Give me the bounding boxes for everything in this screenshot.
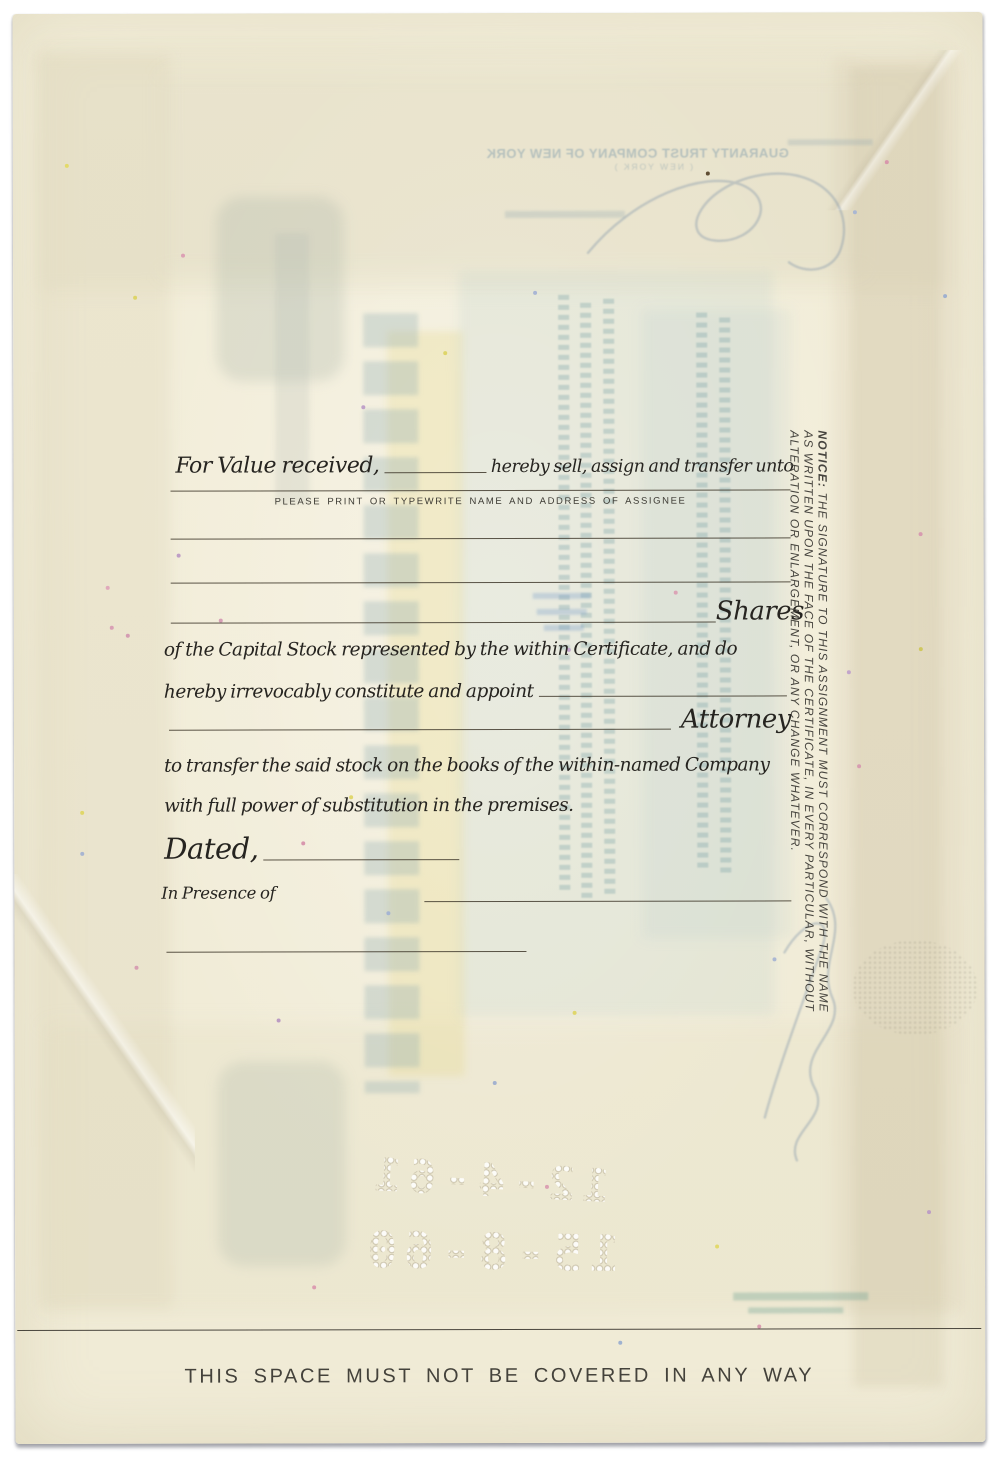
bleed-wash-yellow-band bbox=[387, 331, 465, 1076]
heading-for-value-received: For Value received, bbox=[175, 453, 379, 478]
assignee-line-2 bbox=[171, 537, 791, 539]
in-presence-of-label: In Presence of bbox=[161, 883, 275, 902]
line-constitute: hereby irrevocably constitute and appoin… bbox=[164, 681, 534, 703]
bleed-text-stripe bbox=[719, 318, 731, 878]
bleed-through-layer: GUARANTY TRUST COMPANY OF NEW YORK ( NEW… bbox=[13, 12, 986, 1444]
bleed-text-stripe bbox=[696, 313, 708, 873]
bleed-text-bar bbox=[748, 1307, 843, 1313]
bleed-wash bbox=[35, 54, 173, 1309]
appointee-blank-line bbox=[539, 695, 787, 697]
row-dated: Dated, bbox=[164, 831, 463, 866]
ink-fleck bbox=[706, 172, 710, 176]
bleed-wash-box bbox=[216, 196, 344, 381]
bleed-stamp-bar bbox=[537, 609, 587, 615]
bleed-stamp-bar bbox=[533, 593, 591, 599]
bleed-wash bbox=[641, 308, 792, 938]
certificate-back-paper: GUARANTY TRUST COMPANY OF NEW YORK ( NEW… bbox=[13, 12, 986, 1444]
witness-signature-line-2 bbox=[166, 951, 526, 953]
row-constitute-appoint: hereby irrevocably constitute and appoin… bbox=[164, 680, 791, 702]
paper-speckles bbox=[13, 14, 17, 18]
shares-blank-line bbox=[171, 622, 716, 624]
bleed-text-stripe bbox=[580, 303, 592, 903]
witness-signature-line-1 bbox=[424, 900, 791, 902]
cancellation-punch-row-2: 15-8-60 bbox=[360, 1221, 621, 1283]
notice-line-2: AS WRITTEN UPON THE FACE OF THE CERTIFIC… bbox=[801, 430, 816, 947]
heading-sell-assign-transfer: hereby sell, assign and transfer unto bbox=[491, 456, 794, 477]
bleed-wash bbox=[275, 233, 310, 503]
notice-line-1: NOTICE: THE SIGNATURE TO THIS ASSIGNMENT… bbox=[815, 430, 830, 947]
bleed-wash bbox=[458, 270, 775, 1016]
bleed-wash bbox=[163, 72, 863, 273]
bleed-bank-name: GUARANTY TRUST COMPANY OF NEW YORK bbox=[519, 145, 789, 161]
bleed-text-bar bbox=[788, 139, 873, 145]
notice-prefix: NOTICE: bbox=[815, 430, 829, 488]
dated-label: Dated, bbox=[164, 832, 258, 866]
footer-warning-text: THIS SPACE MUST NOT BE COVERED IN ANY WA… bbox=[15, 1364, 983, 1389]
line-capital-stock: of the Capital Stock represented by the … bbox=[164, 639, 737, 661]
assignee-line-1 bbox=[171, 489, 791, 491]
cancellation-punch-row-1: 12-4-61 bbox=[366, 1147, 611, 1213]
ink-smudge bbox=[852, 940, 977, 1035]
signature-notice: NOTICE: THE SIGNATURE TO THIS ASSIGNMENT… bbox=[787, 430, 830, 947]
bleed-stamp-bar bbox=[544, 625, 584, 631]
attorney-blank-line bbox=[169, 729, 671, 731]
date-blank-line bbox=[263, 859, 459, 860]
row-attorney: Attorney bbox=[164, 704, 791, 735]
bleed-wash bbox=[833, 57, 964, 1312]
bleed-text-bar bbox=[733, 1292, 868, 1300]
paper-crease bbox=[14, 874, 195, 1174]
bleed-wash bbox=[45, 1022, 951, 1314]
line-substitution: with full power of substitution in the p… bbox=[164, 795, 573, 817]
bleed-text-stripe bbox=[558, 295, 570, 895]
bleed-bank-city: ( NEW YORK ) bbox=[598, 162, 708, 172]
bleed-wash bbox=[363, 313, 420, 1093]
notice-line-3: ALTERATION OR ENLARGEMENT, OR ANY CHANGE… bbox=[787, 430, 802, 947]
bleed-text-stripe bbox=[603, 299, 615, 899]
assignment-heading: For Value received, hereby sell, assign … bbox=[175, 452, 793, 478]
signature-bleed bbox=[13, 12, 986, 1444]
bleed-wash bbox=[851, 67, 944, 1387]
bleed-wash bbox=[38, 40, 954, 292]
bleed-text-bar bbox=[505, 211, 625, 218]
assignee-caption: PLEASE PRINT OR TYPEWRITE NAME AND ADDRE… bbox=[171, 495, 791, 507]
footer-rule bbox=[17, 1328, 981, 1331]
shares-label: Shares bbox=[716, 596, 804, 626]
attorney-label: Attorney bbox=[681, 704, 791, 734]
paper-crease bbox=[803, 50, 983, 210]
bleed-wash-box bbox=[218, 1061, 346, 1266]
line-transfer: to transfer the said stock on the books … bbox=[164, 754, 769, 776]
assignee-line-3 bbox=[171, 581, 791, 583]
name-blank-line bbox=[384, 472, 486, 473]
